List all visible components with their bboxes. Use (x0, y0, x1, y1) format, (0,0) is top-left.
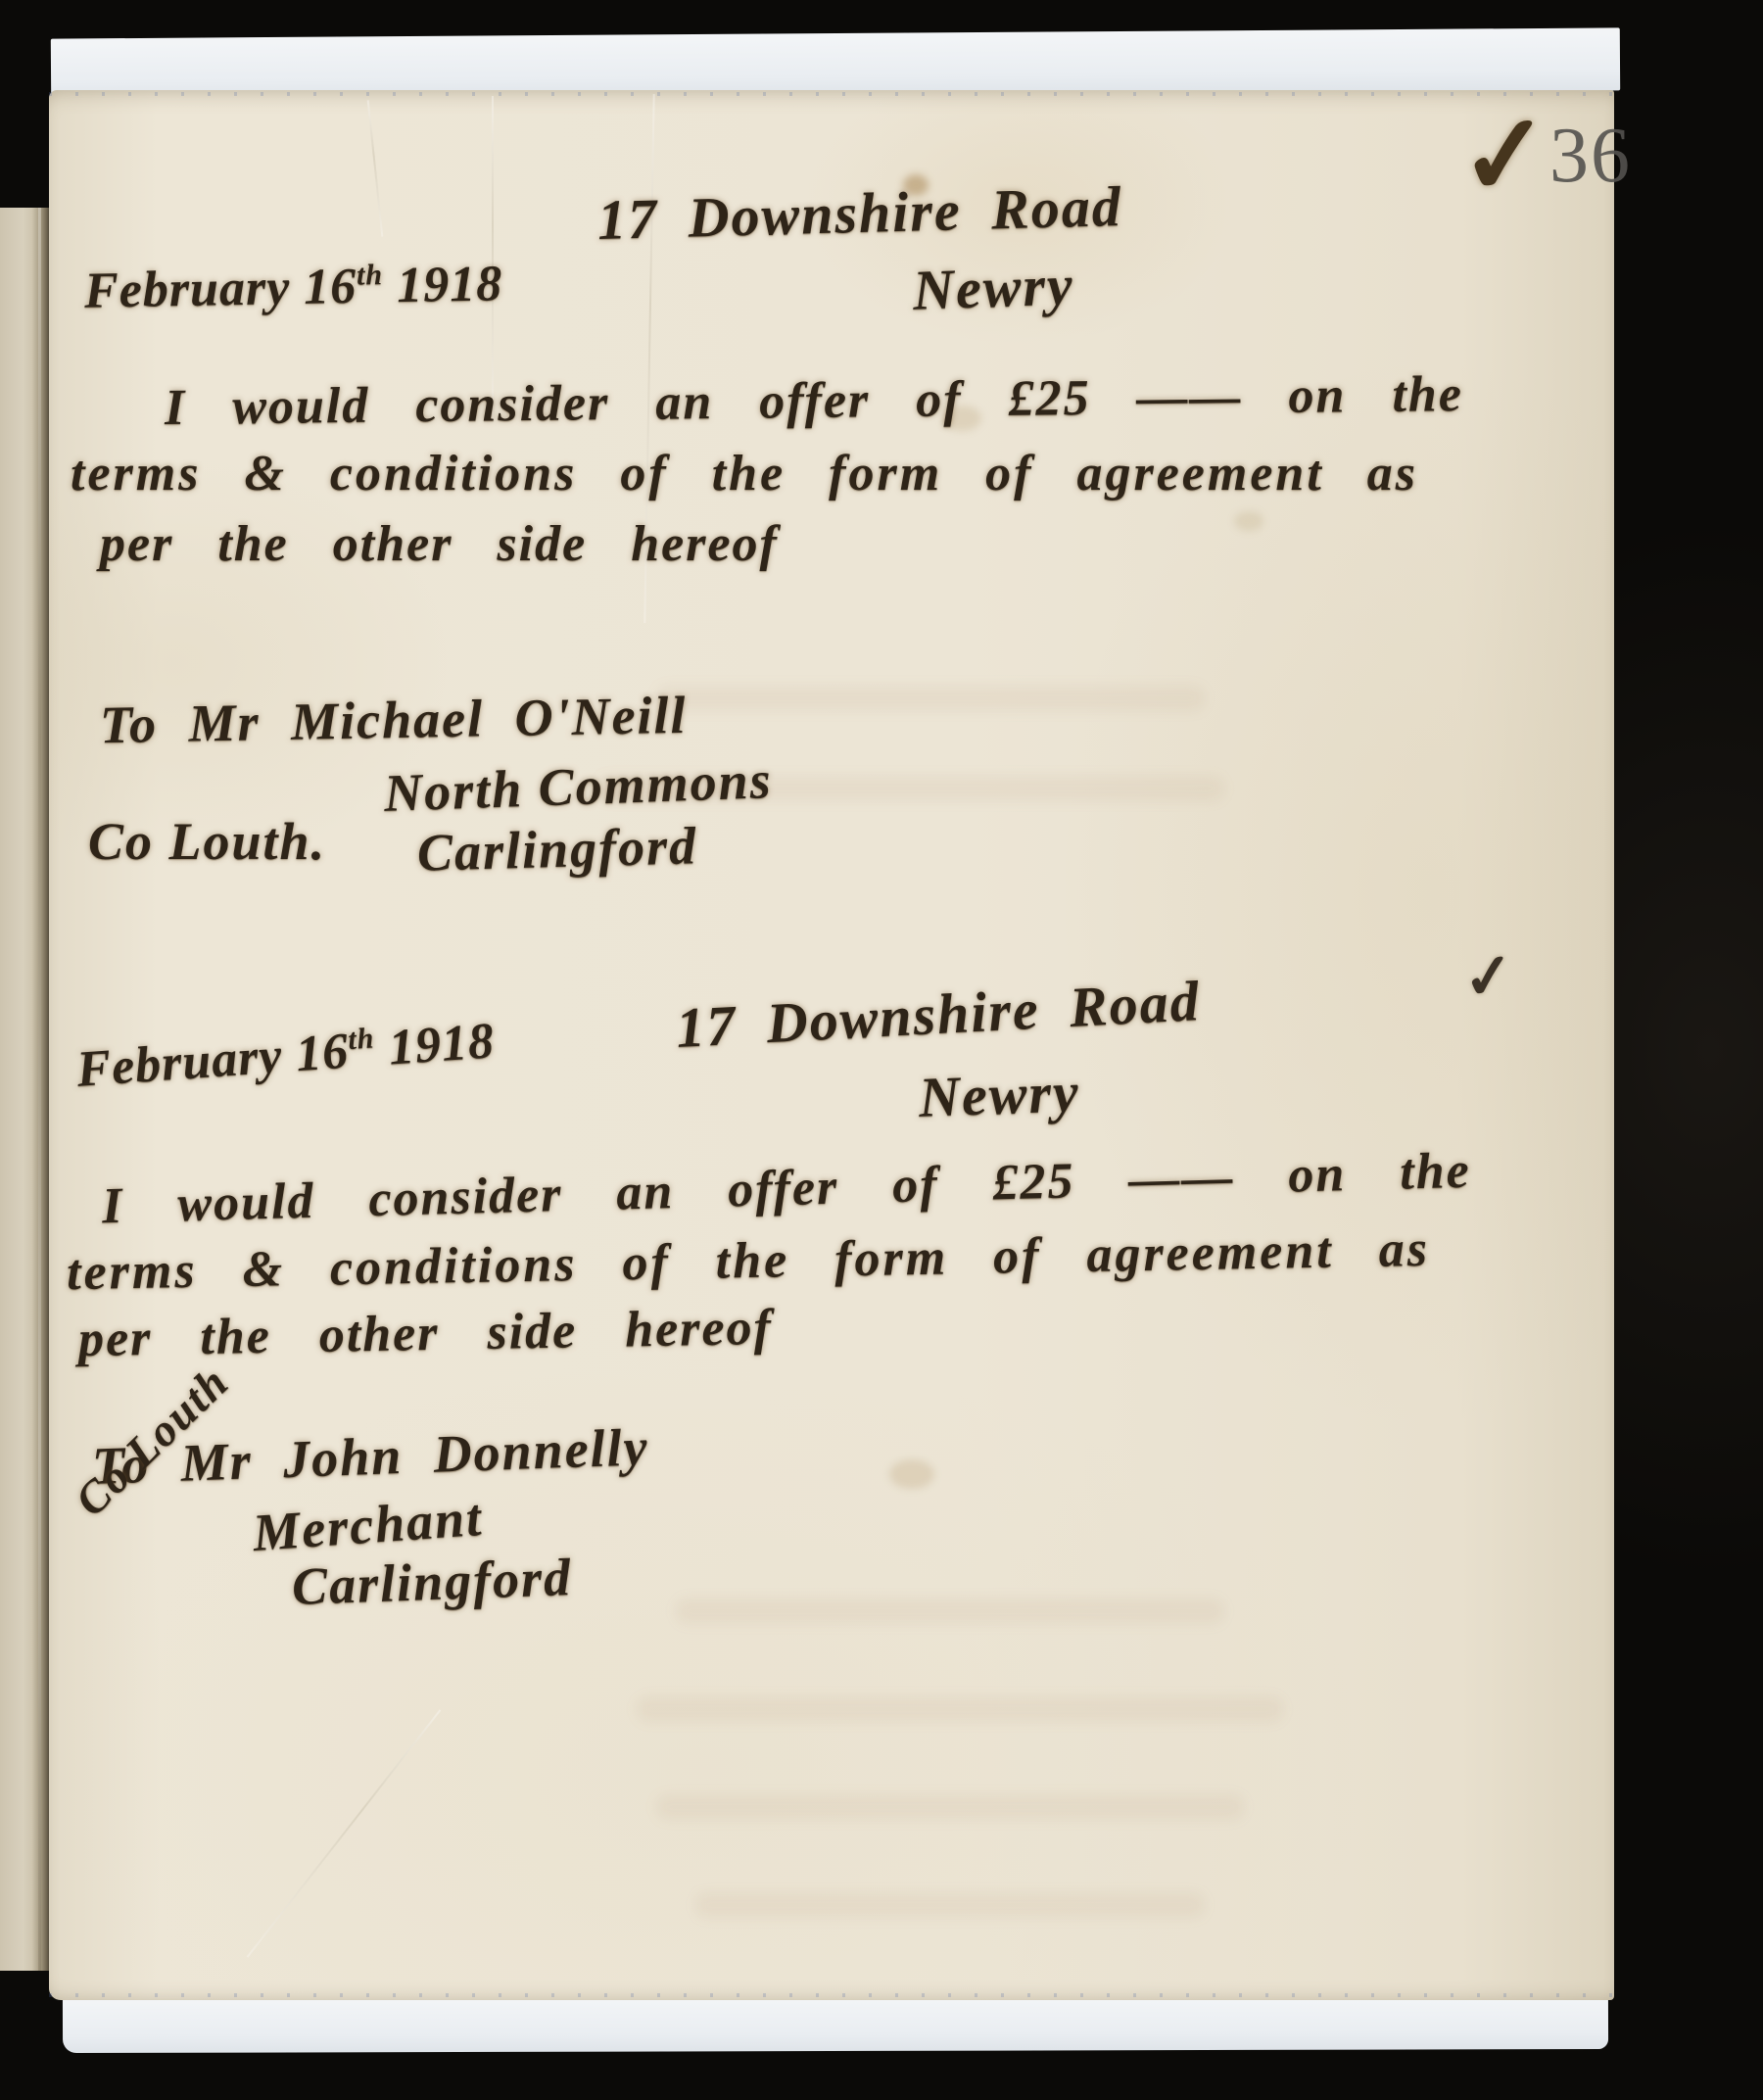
checkmark-icon: ✓ (1455, 89, 1556, 223)
recipient-name: To Mr Michael O'Neill (100, 685, 689, 755)
bleed-through (637, 1696, 1283, 1722)
paper-crease (367, 100, 384, 236)
body-line: terms & conditions of the form of agreem… (71, 445, 1418, 502)
paper-stain (1234, 511, 1263, 531)
recipient-address: North Commons (383, 749, 774, 824)
body-line: I would consider an offer of £25 —— on t… (165, 365, 1463, 437)
bleed-through (676, 1599, 1224, 1624)
checkmark-icon: ✓ (1459, 937, 1517, 1015)
perforation-line-bottom (49, 1993, 1614, 1997)
sender-address-line2: Newry (912, 252, 1075, 323)
bleed-through (695, 1892, 1205, 1918)
recipient-town: Carlingford (291, 1547, 573, 1617)
date-main: February 16 (84, 259, 357, 319)
letter-date: February 16th 1918 (74, 1012, 496, 1099)
sender-address-line1: 17 Downshire Road (596, 173, 1122, 253)
date-main: February 16 (75, 1024, 352, 1098)
paper-stain (889, 1459, 934, 1489)
sender-address-line1: 17 Downshire Road (675, 968, 1203, 1061)
date-year: 1918 (387, 1013, 497, 1075)
left-page-gutter-edge (0, 208, 51, 1971)
right-page-stack-edge (1612, 90, 1700, 2002)
body-line: per the other side hereof (78, 1299, 774, 1368)
date-year: 1918 (397, 256, 503, 313)
ledger-page: ✓ 36 17 Downshire Road Newry February 16… (49, 90, 1614, 2000)
date-ordinal: th (357, 259, 384, 291)
body-line: I would consider an offer of £25 —— on t… (101, 1142, 1471, 1236)
recipient-county: Co Louth. (88, 811, 326, 872)
page-number: 36 (1549, 112, 1632, 201)
body-line: per the other side hereof (100, 515, 779, 573)
backing-sheet-bottom (63, 1994, 1608, 2053)
sender-address-line2: Newry (918, 1059, 1081, 1130)
date-ordinal: th (347, 1022, 375, 1056)
recipient-town: Carlingford (416, 815, 698, 883)
body-line: terms & conditions of the form of agreem… (67, 1220, 1431, 1302)
paper-crease (247, 1709, 442, 1957)
letter-date: February 16th 1918 (84, 255, 503, 319)
bleed-through (656, 1794, 1244, 1820)
perforation-line-top (49, 92, 1614, 96)
bleed-through (656, 686, 1205, 711)
